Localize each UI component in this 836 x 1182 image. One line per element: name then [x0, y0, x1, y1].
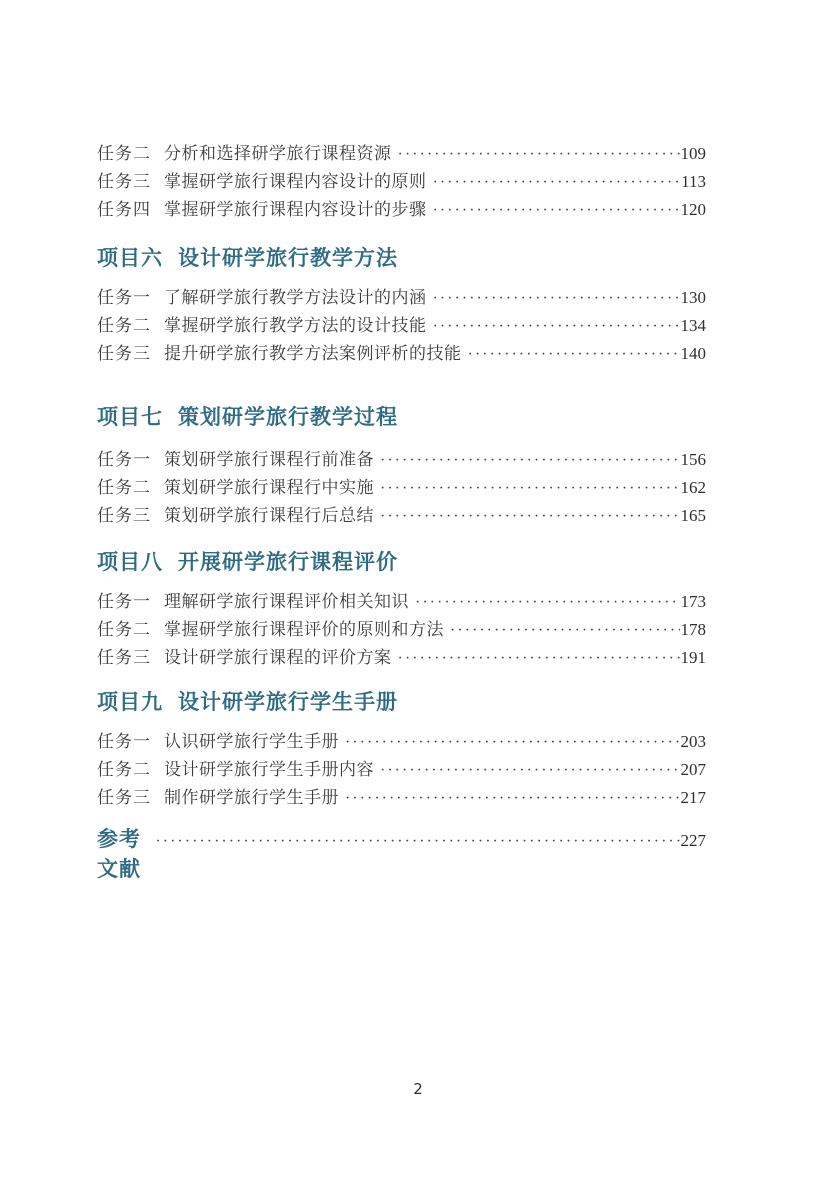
toc-page-number: 178 [681, 616, 707, 644]
dot-leader: ········································… [433, 313, 680, 341]
section-heading: 项目七 策划研学旅行教学过程 [97, 403, 706, 433]
task-title: 分析和选择研学旅行课程资源 [164, 140, 392, 168]
toc-entry: 任务一 认识研学旅行学生手册 ·························… [97, 728, 706, 756]
section-number: 项目六 [97, 244, 163, 274]
task-title: 认识研学旅行学生手册 [164, 728, 339, 756]
dot-leader: ········································… [415, 589, 680, 617]
task-label: 任务一 [97, 588, 151, 616]
section-title: 开展研学旅行课程评价 [178, 548, 398, 578]
toc-entry: 任务三 掌握研学旅行课程内容设计的原则 ····················… [97, 168, 706, 196]
toc-entry: 任务一 策划研学旅行课程行前准备 ·······················… [97, 446, 706, 474]
toc-page: 任务二 分析和选择研学旅行课程资源 ······················… [97, 0, 706, 855]
section-heading: 项目九 设计研学旅行学生手册 [97, 688, 706, 718]
task-label: 任务三 [97, 502, 151, 530]
dot-leader: ········································… [398, 141, 680, 169]
toc-entry: 任务三 策划研学旅行课程行后总结 ·······················… [97, 502, 706, 530]
task-title: 策划研学旅行课程行后总结 [164, 502, 374, 530]
task-title: 设计研学旅行课程的评价方案 [164, 644, 392, 672]
dot-leader: ········································… [398, 645, 680, 673]
dot-leader: ········································… [433, 169, 681, 197]
task-title: 掌握研学旅行课程内容设计的原则 [164, 168, 427, 196]
task-label: 任务三 [97, 784, 151, 812]
task-title: 掌握研学旅行课程内容设计的步骤 [164, 196, 427, 224]
dot-leader: ········································… [345, 729, 680, 757]
dot-leader: ········································… [433, 197, 680, 225]
dot-leader: ········································… [468, 341, 680, 369]
task-title: 理解研学旅行课程评价相关知识 [164, 588, 409, 616]
section-tasks: 任务一 认识研学旅行学生手册 ·························… [97, 728, 706, 812]
section-title: 设计研学旅行学生手册 [178, 688, 398, 718]
section-number: 项目八 [97, 548, 163, 578]
section-title: 策划研学旅行教学过程 [178, 403, 398, 433]
toc-entry: 任务三 提升研学旅行教学方法案例评析的技能 ··················… [97, 340, 706, 368]
dot-leader: ········································… [380, 757, 680, 785]
dot-leader: ········································… [380, 475, 680, 503]
toc-page-number: 130 [681, 284, 707, 312]
toc-entry: 任务二 掌握研学旅行课程评价的原则和方法 ···················… [97, 616, 706, 644]
toc-page-number: 134 [681, 312, 707, 340]
section-heading: 项目六 设计研学旅行教学方法 [97, 244, 706, 274]
section-heading: 项目八 开展研学旅行课程评价 [97, 548, 706, 578]
continuation-entries: 任务二 分析和选择研学旅行课程资源 ······················… [97, 140, 706, 224]
toc-entry: 任务二 设计研学旅行学生手册内容 ·······················… [97, 756, 706, 784]
references-entry: 参考文献 ···································… [97, 825, 706, 855]
toc-page-number: 203 [681, 728, 707, 756]
toc-page-number: 173 [681, 588, 707, 616]
task-title: 了解研学旅行教学方法设计的内涵 [164, 284, 427, 312]
references-label: 参考文献 [97, 825, 149, 885]
dot-leader: ········································… [155, 827, 679, 857]
toc-page-number: 165 [681, 502, 707, 530]
toc-page-number: 207 [681, 756, 707, 784]
section-title: 设计研学旅行教学方法 [178, 244, 398, 274]
dot-leader: ········································… [345, 785, 680, 813]
toc-page-number: 217 [681, 784, 707, 812]
section-project-7: 项目七 策划研学旅行教学过程 任务一 策划研学旅行课程行前准备 ········… [97, 403, 706, 530]
task-label: 任务一 [97, 446, 151, 474]
toc-entry: 任务二 分析和选择研学旅行课程资源 ······················… [97, 140, 706, 168]
task-label: 任务二 [97, 312, 151, 340]
section-project-8: 项目八 开展研学旅行课程评价 任务一 理解研学旅行课程评价相关知识 ······… [97, 548, 706, 672]
section-tasks: 任务一 理解研学旅行课程评价相关知识 ·····················… [97, 588, 706, 672]
task-title: 掌握研学旅行教学方法的设计技能 [164, 312, 427, 340]
task-label: 任务二 [97, 756, 151, 784]
section-tasks: 任务一 了解研学旅行教学方法设计的内涵 ····················… [97, 284, 706, 368]
dot-leader: ········································… [380, 447, 680, 475]
task-label: 任务三 [97, 644, 151, 672]
section-number: 项目九 [97, 688, 163, 718]
task-label: 任务三 [97, 168, 151, 196]
task-title: 制作研学旅行学生手册 [164, 784, 339, 812]
toc-page-number: 227 [681, 826, 707, 856]
toc-entry: 任务三 设计研学旅行课程的评价方案 ······················… [97, 644, 706, 672]
toc-page-number: 140 [681, 340, 707, 368]
task-label: 任务三 [97, 340, 151, 368]
task-label: 任务二 [97, 474, 151, 502]
toc-page-number: 120 [681, 196, 707, 224]
task-label: 任务四 [97, 196, 151, 224]
task-title: 策划研学旅行课程行中实施 [164, 474, 374, 502]
toc-entry: 任务二 掌握研学旅行教学方法的设计技能 ····················… [97, 312, 706, 340]
toc-entry: 任务一 理解研学旅行课程评价相关知识 ·····················… [97, 588, 706, 616]
section-project-9: 项目九 设计研学旅行学生手册 任务一 认识研学旅行学生手册 ··········… [97, 688, 706, 812]
dot-leader: ········································… [433, 285, 680, 313]
task-title: 提升研学旅行教学方法案例评析的技能 [164, 340, 462, 368]
toc-page-number: 113 [681, 168, 706, 196]
footer-page-number: 2 [0, 1080, 836, 1098]
toc-page-number: 156 [681, 446, 707, 474]
dot-leader: ········································… [450, 617, 680, 645]
task-label: 任务一 [97, 728, 151, 756]
section-project-6: 项目六 设计研学旅行教学方法 任务一 了解研学旅行教学方法设计的内涵 ·····… [97, 244, 706, 368]
task-label: 任务二 [97, 616, 151, 644]
toc-entry: 任务二 策划研学旅行课程行中实施 ·······················… [97, 474, 706, 502]
toc-page-number: 191 [681, 644, 707, 672]
toc-entry: 任务四 掌握研学旅行课程内容设计的步骤 ····················… [97, 196, 706, 224]
section-tasks: 任务一 策划研学旅行课程行前准备 ·······················… [97, 446, 706, 530]
task-title: 掌握研学旅行课程评价的原则和方法 [164, 616, 444, 644]
task-label: 任务一 [97, 284, 151, 312]
task-title: 策划研学旅行课程行前准备 [164, 446, 374, 474]
task-title: 设计研学旅行学生手册内容 [164, 756, 374, 784]
task-label: 任务二 [97, 140, 151, 168]
toc-entry: 任务一 了解研学旅行教学方法设计的内涵 ····················… [97, 284, 706, 312]
toc-entry: 任务三 制作研学旅行学生手册 ·························… [97, 784, 706, 812]
section-number: 项目七 [97, 403, 163, 433]
toc-page-number: 109 [681, 140, 707, 168]
dot-leader: ········································… [380, 503, 680, 531]
toc-page-number: 162 [681, 474, 707, 502]
